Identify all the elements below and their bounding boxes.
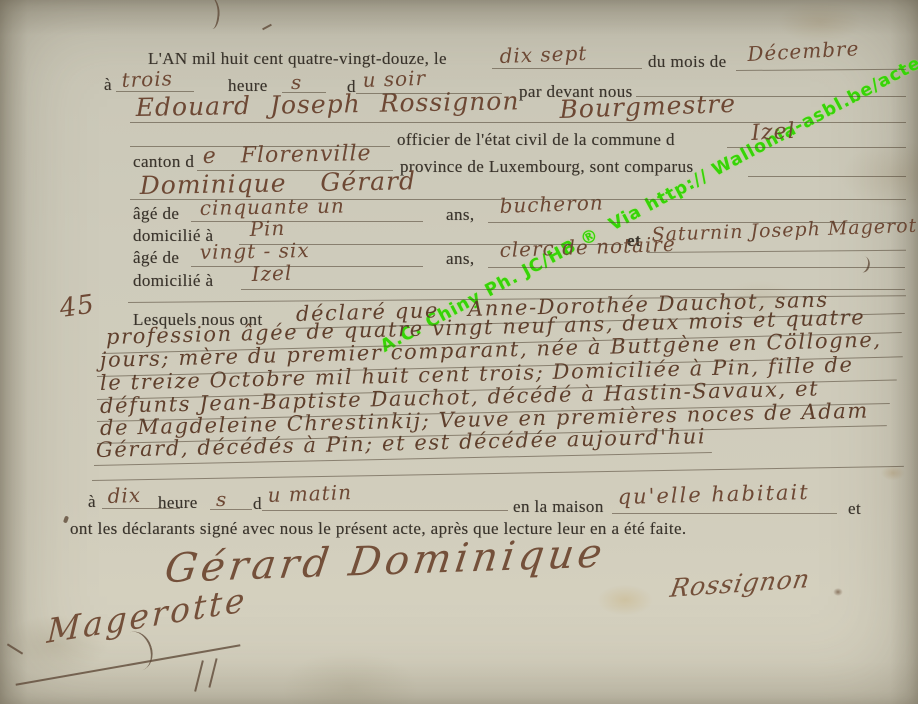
handwritten-declarant1-profession: bucheron: [499, 190, 604, 218]
ruled-line: [282, 92, 326, 93]
printed-age-de-2: âgé de: [133, 248, 179, 268]
pen-tick-mark: [262, 24, 272, 30]
ruled-line: [191, 221, 423, 222]
pen-arc-mark: [188, 0, 222, 29]
handwritten-death-place: qu'elle habitait: [617, 480, 810, 509]
ruled-line: [262, 510, 508, 511]
ruled-line: [191, 266, 423, 267]
handwritten-declarant2-profession: clerc de notaire: [499, 232, 676, 262]
death-record-scan: A.C. Chiny Ph. JC/HB ® Via http:// Wallo…: [0, 0, 918, 704]
ruled-line: [727, 147, 906, 148]
printed-age-de-1: âgé de: [133, 204, 179, 224]
handwritten-declarant2-name: Saturnin Joseph Magerotte: [651, 214, 918, 246]
handwritten-officer-title: Bourgmestre: [559, 89, 737, 124]
printed-canton-d: canton d: [133, 152, 194, 172]
ruled-line: [356, 93, 502, 94]
ruled-line: [241, 289, 905, 290]
printed-a: à: [104, 75, 112, 95]
handwritten-death-hour: dix: [107, 483, 141, 508]
printed-domicilie-2: domicilié à: [133, 271, 213, 291]
signature-officer: Rossignon: [668, 564, 813, 603]
ruled-line: [197, 170, 393, 171]
printed-officier: officier de l'état civil de la commune d: [397, 130, 675, 150]
ruled-line: [488, 267, 905, 268]
printed-heure-2: heure: [158, 493, 198, 513]
ruled-line: [92, 466, 904, 481]
pen-squiggle-right: [854, 254, 872, 274]
ruled-line: [239, 244, 623, 245]
pen-comma-mark: [63, 516, 69, 524]
ruled-line: [647, 250, 906, 253]
ruled-line: [636, 96, 906, 97]
ruled-line: [612, 513, 837, 514]
printed-du-mois-de: du mois de: [648, 52, 727, 72]
handwritten-hour: trois: [121, 66, 173, 92]
ruled-line: [102, 508, 180, 509]
printed-et-2: et: [848, 499, 861, 519]
ruled-line: [116, 91, 194, 92]
ruled-line: [130, 146, 390, 147]
printed-a-2: à: [88, 492, 96, 512]
printed-d-2: d: [253, 494, 262, 514]
ruled-line: [492, 68, 642, 69]
signature-flourish-stroke: [7, 643, 23, 654]
ruled-line: [748, 176, 906, 177]
ruled-line: [488, 222, 905, 223]
printed-province: province de Luxembourg, sont comparus: [400, 157, 694, 177]
handwritten-death-period: u matin: [267, 480, 352, 507]
signature-flourish-stroke: [208, 658, 217, 688]
printed-ans-2: ans,: [446, 249, 475, 269]
ruled-line: [210, 509, 252, 510]
handwritten-declarant1-domicile: Pin: [249, 216, 286, 241]
handwritten-month: Décembre: [747, 36, 860, 66]
signature-flourish-stroke: [194, 660, 204, 692]
handwritten-death-hour-s: s: [216, 487, 227, 511]
printed-ans-1: ans,: [446, 205, 475, 225]
record-number: 45: [58, 289, 97, 324]
ruled-line: [130, 122, 906, 123]
handwritten-declarant2-domicile: Izel: [251, 261, 292, 286]
handwritten-day: dix sept: [499, 41, 588, 68]
ruled-line: [130, 199, 906, 200]
handwritten-declarant2-age: vingt - six: [200, 238, 310, 264]
printed-en-la-maison: en la maison: [513, 497, 604, 517]
